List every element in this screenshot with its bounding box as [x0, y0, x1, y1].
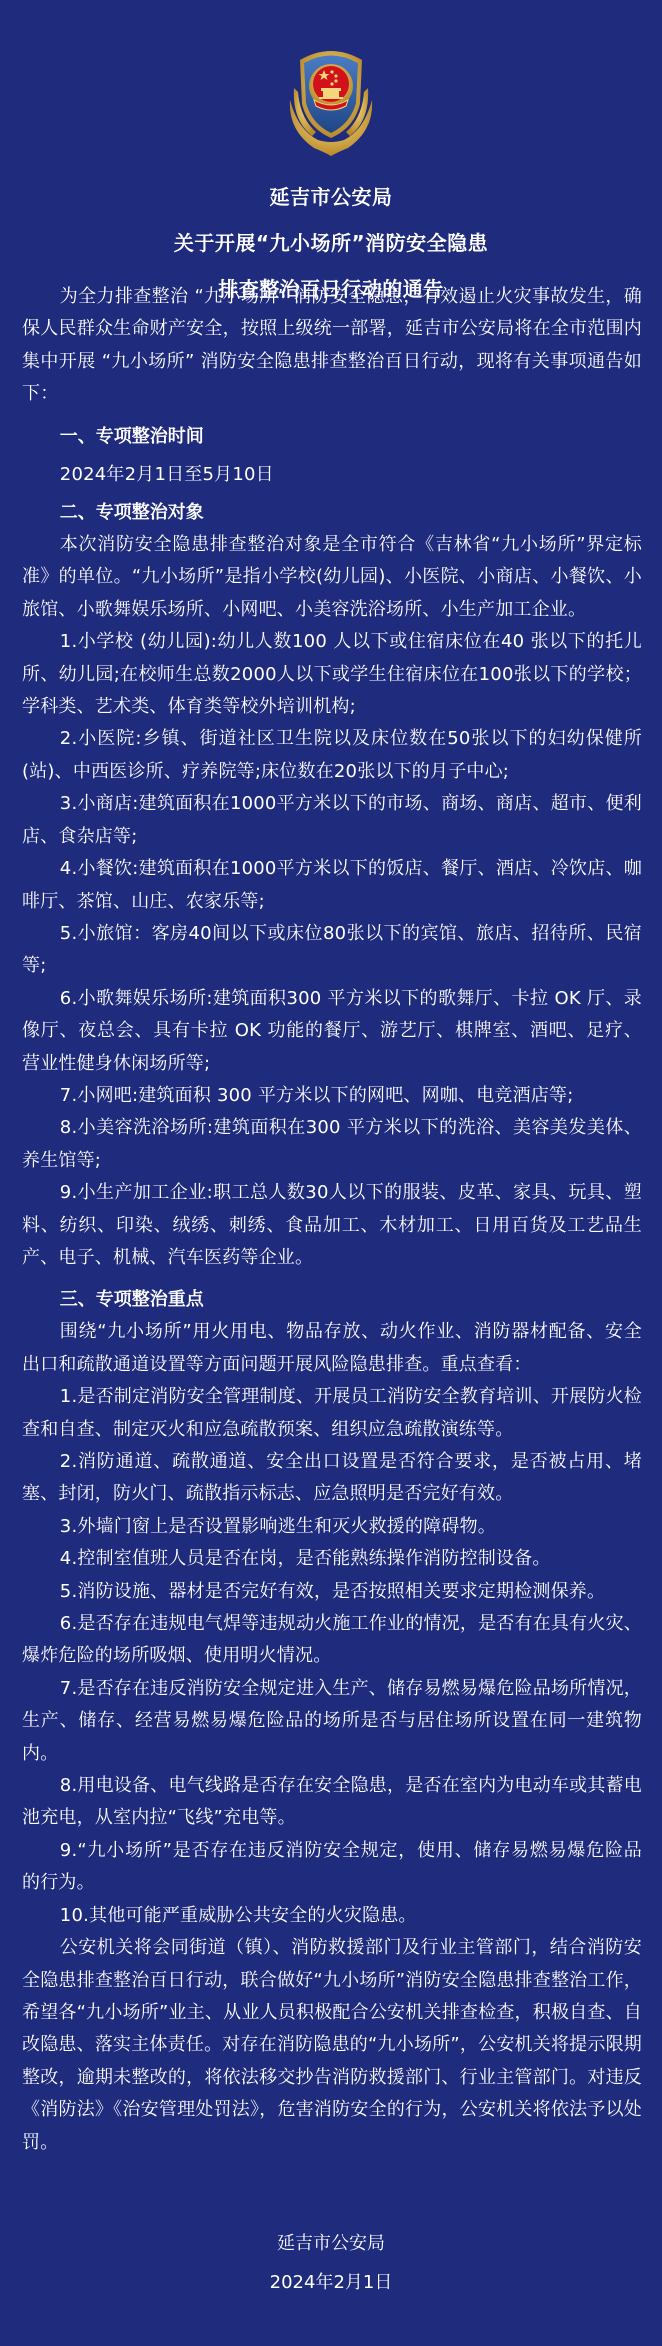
- campaign-date-range: 2024年2月1日至5月10日: [22, 459, 642, 491]
- focus-item: 6.是否存在违规电气焊等违规动火施工作业的情况，是否有在具有火灾、爆炸危险的场所…: [22, 1608, 642, 1673]
- target-item: 6.小歌舞娱乐场所:建筑面积300 平方米以下的歌舞厅、卡拉 OK 厅、录像厅、…: [22, 983, 642, 1080]
- focus-item: 5.消防设施、器材是否完好有效，是否按照相关要求定期检测保养。: [22, 1576, 642, 1608]
- focus-item: 7.是否存在违反消防安全规定进入生产、储存易燃易爆危险品场所情况，生产、储存、经…: [22, 1673, 642, 1770]
- target-item: 3.小商店:建筑面积在1000平方米以下的市场、商场、商店、超市、便利店、食杂店…: [22, 788, 642, 853]
- target-item: 9.小生产加工企业:职工总人数30人以下的服装、皮革、家具、玩具、塑料、纺织、印…: [22, 1177, 642, 1274]
- focus-item: 10.其他可能严重威胁公共安全的火灾隐患。: [22, 1900, 642, 1932]
- focus-item: 4.控制室值班人员是否在岗，是否能熟练操作消防控制设备。: [22, 1543, 642, 1575]
- signature-date: 2024年2月1日: [0, 2268, 662, 2294]
- target-item: 8.小美容洗浴场所:建筑面积在300 平方米以下的洗浴、美容美发美体、养生馆等;: [22, 1112, 642, 1177]
- target-item: 1.小学校 (幼儿园):幼儿人数100 人以下或住宿床位在40 张以下的托儿所、…: [22, 626, 642, 723]
- focus-item: 2.消防通道、疏散通道、安全出口设置是否符合要求，是否被占用、堵塞、封闭，防火门…: [22, 1446, 642, 1511]
- section-heading-targets: 二、专项整治对象: [22, 497, 642, 529]
- focus-item: 3.外墙门窗上是否设置影响逃生和灭火救援的障碍物。: [22, 1511, 642, 1543]
- target-item: 7.小网吧:建筑面积 300 平方米以下的网吧、网咖、电竞酒店等;: [22, 1080, 642, 1112]
- section-heading-time: 一、专项整治时间: [22, 421, 642, 453]
- target-item: 2.小医院:乡镇、街道社区卫生院以及床位数在50张以下的妇幼保健所(站)、中西医…: [22, 723, 642, 788]
- section-heading-focus: 三、专项整治重点: [22, 1284, 642, 1316]
- target-item: 5.小旅馆：客房40间以下或床位80张以下的宾馆、旅店、招待所、民宿等;: [22, 918, 642, 983]
- closing-paragraph: 公安机关将会同街道（镇）、消防救援部门及行业主管部门，结合消防安全隐患排查整治百…: [22, 1932, 642, 2159]
- signature-organization: 延吉市公安局: [0, 2229, 662, 2255]
- police-emblem-icon: [284, 40, 378, 158]
- focus-paragraph: 围绕“九小场所”用火用电、物品存放、动火作业、消防器材配备、安全出口和疏散通道设…: [22, 1316, 642, 1381]
- focus-item: 9.“九小场所”是否存在违反消防安全规定，使用、储存易燃易爆危险品的行为。: [22, 1835, 642, 1900]
- intro-paragraph: 为全力排查整治 “九小场所” 消防安全隐患，有效遏止火灾事故发生，确保人民群众生…: [22, 281, 642, 411]
- focus-item: 1.是否制定消防安全管理制度、开展员工消防安全教育培训、开展防火检查和自查、制定…: [22, 1381, 642, 1446]
- notice-body: 为全力排查整治 “九小场所” 消防安全隐患，有效遏止火灾事故发生，确保人民群众生…: [22, 281, 642, 2159]
- target-item: 4.小餐饮:建筑面积在1000平方米以下的饭店、餐厅、酒店、冷饮店、咖啡厅、茶馆…: [22, 853, 642, 918]
- title-issuer: 延吉市公安局: [0, 174, 662, 220]
- title-subject-line-1: 关于开展“九小场所”消防安全隐患: [0, 220, 662, 266]
- notice-page: 延吉市公安局 关于开展“九小场所”消防安全隐患 排查整治百日行动的通告 为全力排…: [0, 0, 662, 2346]
- focus-item: 8.用电设备、电气线路是否存在安全隐患，是否在室内为电动车或其蓄电池充电，从室内…: [22, 1770, 642, 1835]
- targets-paragraph: 本次消防安全隐患排查整治对象是全市符合《吉林省“九小场所”界定标准》的单位。“九…: [22, 529, 642, 626]
